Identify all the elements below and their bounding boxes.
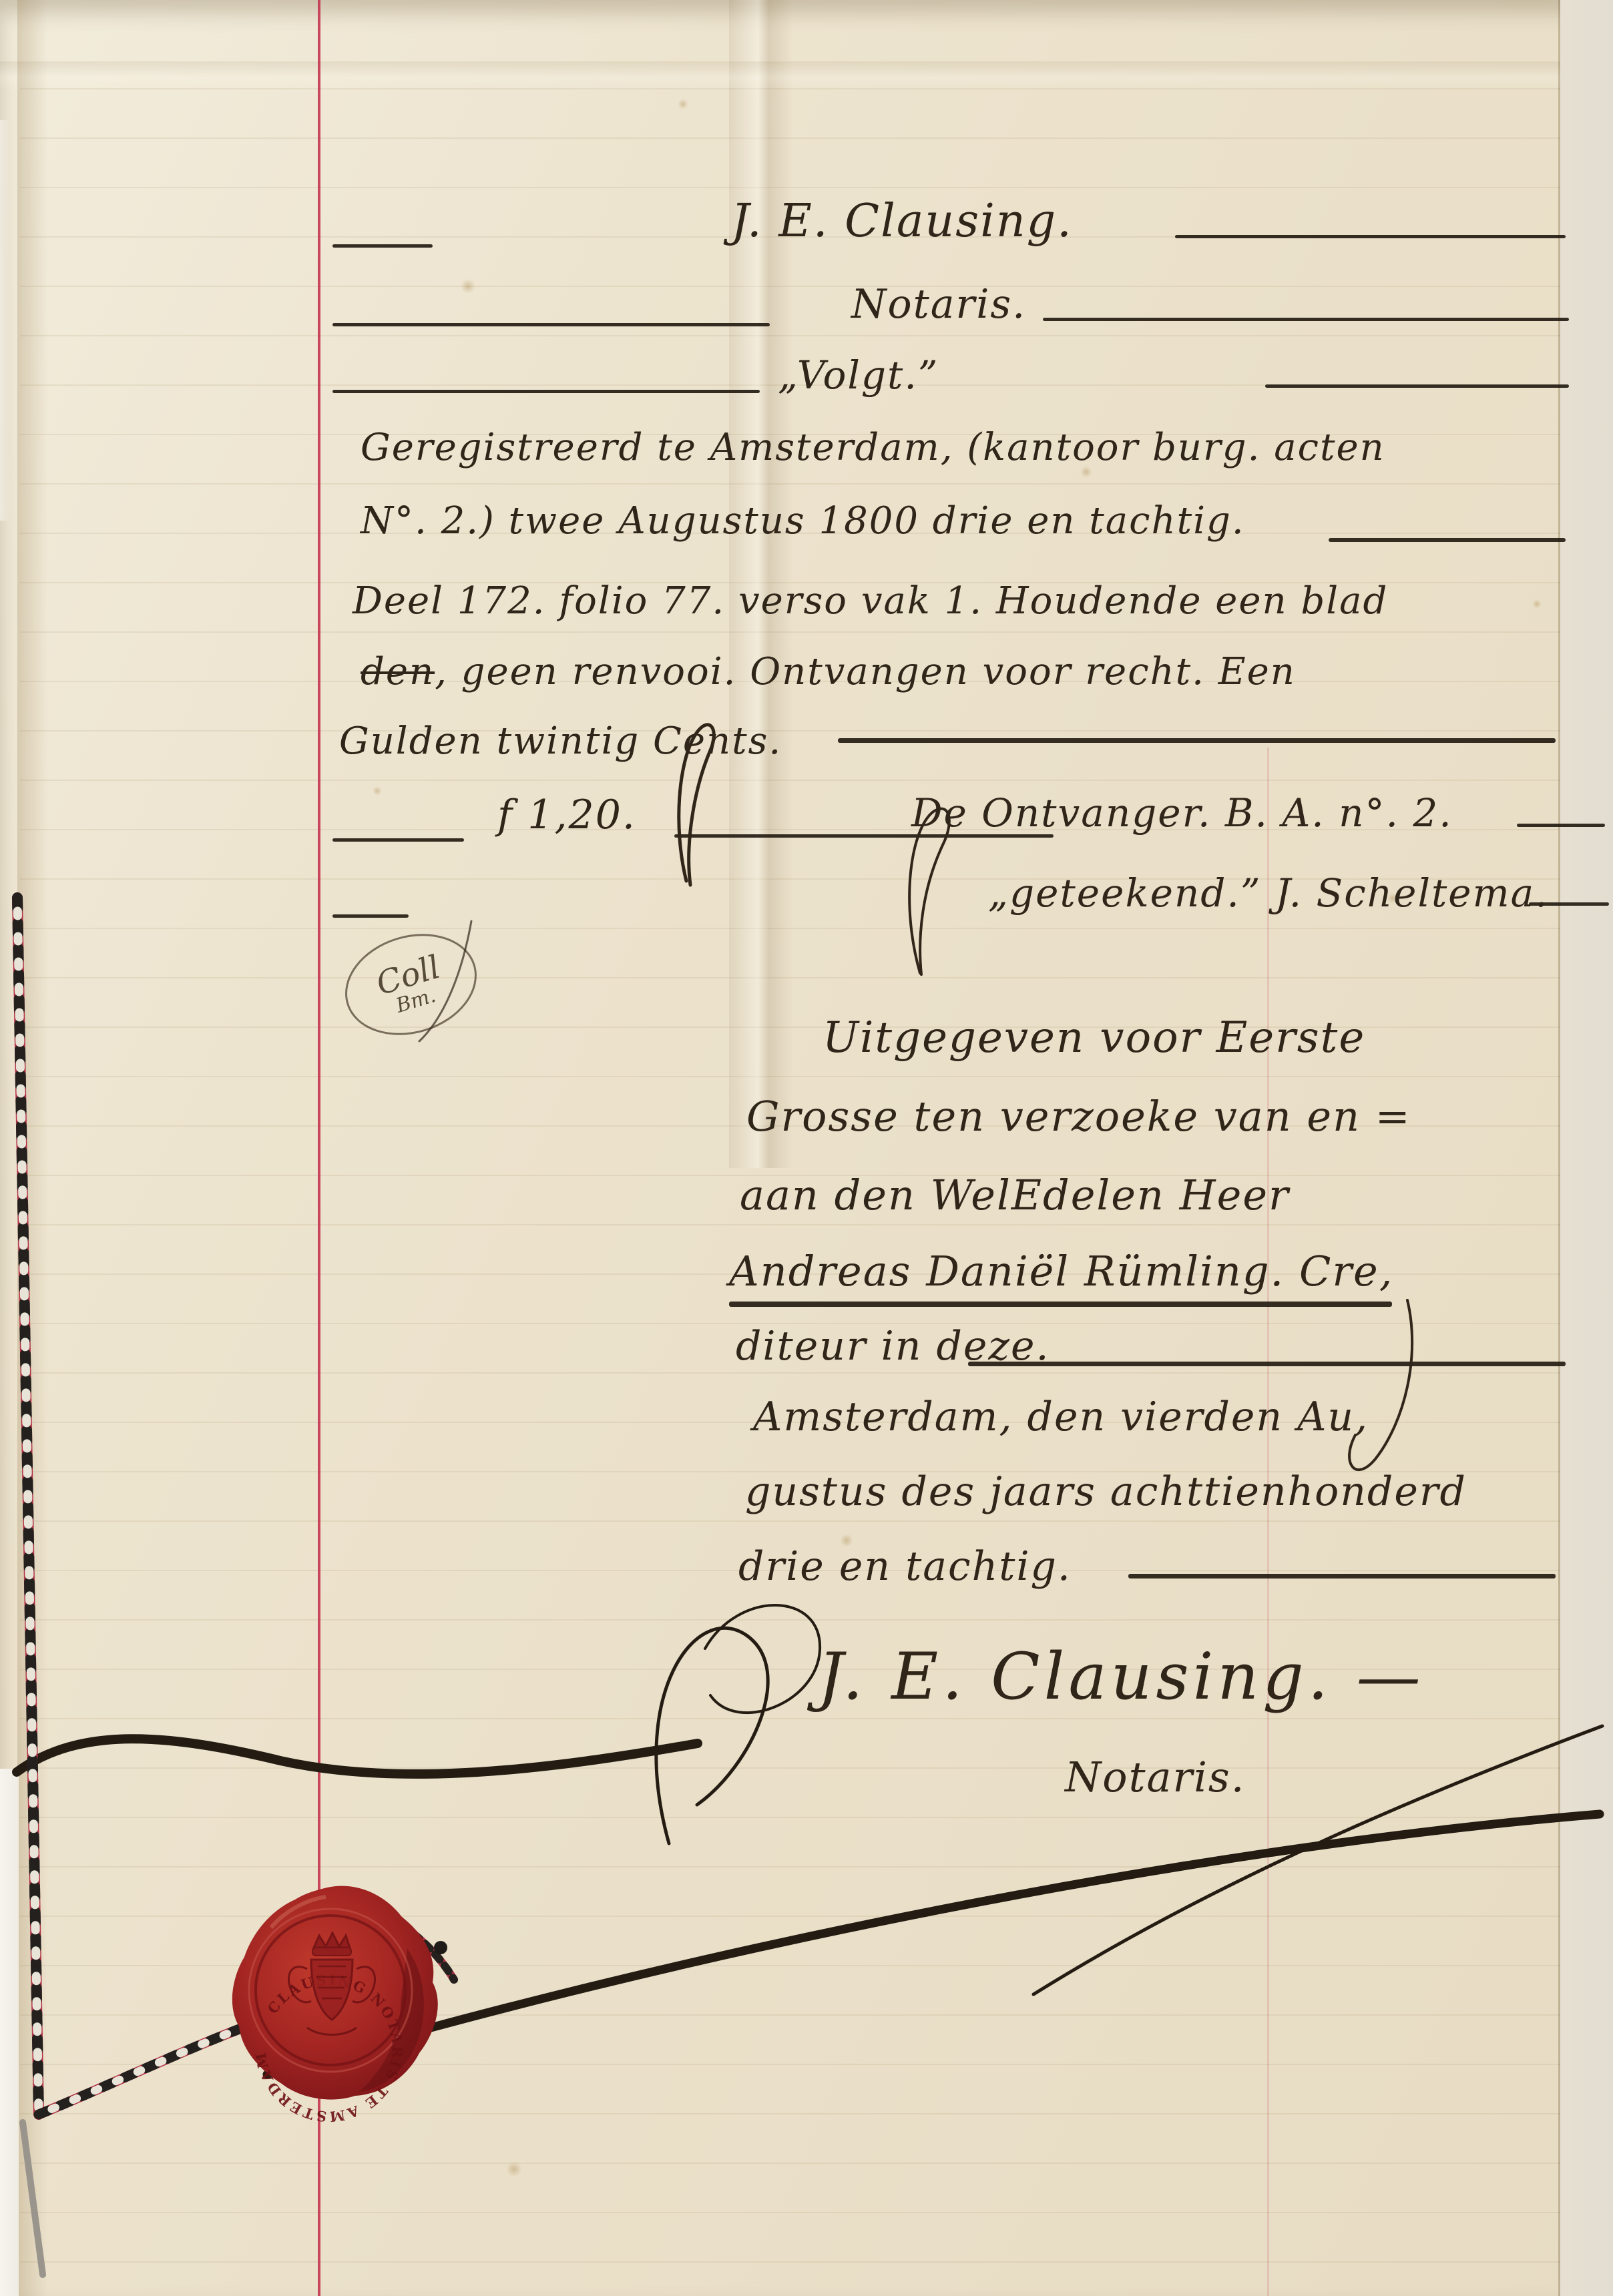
notary-header-name: J. E. Clausing. [731, 198, 1073, 245]
signed-scheltema-line: „geteekend.” J. Scheltema. [988, 873, 1549, 914]
document-page: J. E. Clausing. Notaris. „Volgt.” Geregi… [0, 0, 1613, 2296]
registration-line-5: Gulden twintig Cents. [339, 722, 782, 762]
notary-header-title: Notaris. [851, 284, 1026, 326]
ink-rule [1175, 235, 1566, 238]
registration-line-2: N°. 2.) twee Augustus 1800 drie en tacht… [361, 502, 1245, 541]
age-spot [373, 786, 382, 796]
registration-line-3: Deel 172. folio 77. verso vak 1. Houdend… [353, 582, 1388, 621]
registration-line-1: Geregistreerd te Amsterdam, (kantoor bur… [361, 428, 1385, 468]
issue-line-3: aan den WelEdelen Heer [740, 1173, 1290, 1217]
registration-line-4-rest: , geen renvooi. Ontvangen voor recht. Ee… [435, 650, 1296, 693]
ink-rule [1517, 824, 1605, 827]
registration-line-4: den, geen renvooi. Ontvangen voor recht.… [361, 653, 1296, 692]
signature-name: J. E. Clausing. — [818, 1643, 1425, 1711]
ink-rule [332, 838, 464, 842]
ink-rule [838, 738, 1556, 743]
age-spot [678, 99, 688, 109]
ink-rule [332, 914, 409, 918]
underline-rumling [729, 1302, 1392, 1307]
issue-line-4-creditor-name: Andreas Daniël Rümling. Cre, [729, 1249, 1393, 1293]
ink-rule [1329, 538, 1566, 542]
red-margin-line [318, 0, 320, 2296]
ink-rule [332, 244, 433, 248]
age-spot [1532, 599, 1542, 609]
receiver-line: De Ontvanger. B. A. n°. 2. [911, 793, 1453, 834]
page-right-edge [1558, 0, 1613, 2296]
ink-rule [1265, 384, 1569, 388]
issue-line-6-place-date: Amsterdam, den vierden Au, [753, 1396, 1369, 1438]
underlying-sheet-left [0, 1769, 19, 2296]
signature-title: Notaris. [1065, 1755, 1245, 1799]
page-left-edge-shadow [17, 0, 48, 2296]
strikethrough-word: den [361, 650, 435, 693]
issue-line-7: gustus des jaars achttienhonderd [745, 1471, 1467, 1513]
horizontal-fold-crease [0, 61, 1613, 91]
age-spot [461, 279, 475, 294]
ink-rule [1128, 1574, 1556, 1579]
issue-line-1: Uitgegeven voor Eerste [823, 1016, 1365, 1061]
ink-rule [968, 1362, 1566, 1366]
fee-amount: f 1,20. [497, 794, 636, 836]
underlying-sheet-left-top [0, 120, 11, 521]
ink-rule [1043, 318, 1569, 321]
issue-line-5: diteur in deze. [736, 1326, 1050, 1368]
verso-margin-line-bleed [1267, 748, 1269, 2296]
ink-rule [332, 390, 760, 393]
volgt-line: „Volgt.” [778, 355, 939, 396]
age-spot [506, 2161, 522, 2177]
ink-rule [332, 323, 770, 326]
issue-line-2: Grosse ten verzoeke van en = [746, 1095, 1411, 1138]
issue-line-8: drie en tachtig. [738, 1546, 1072, 1588]
